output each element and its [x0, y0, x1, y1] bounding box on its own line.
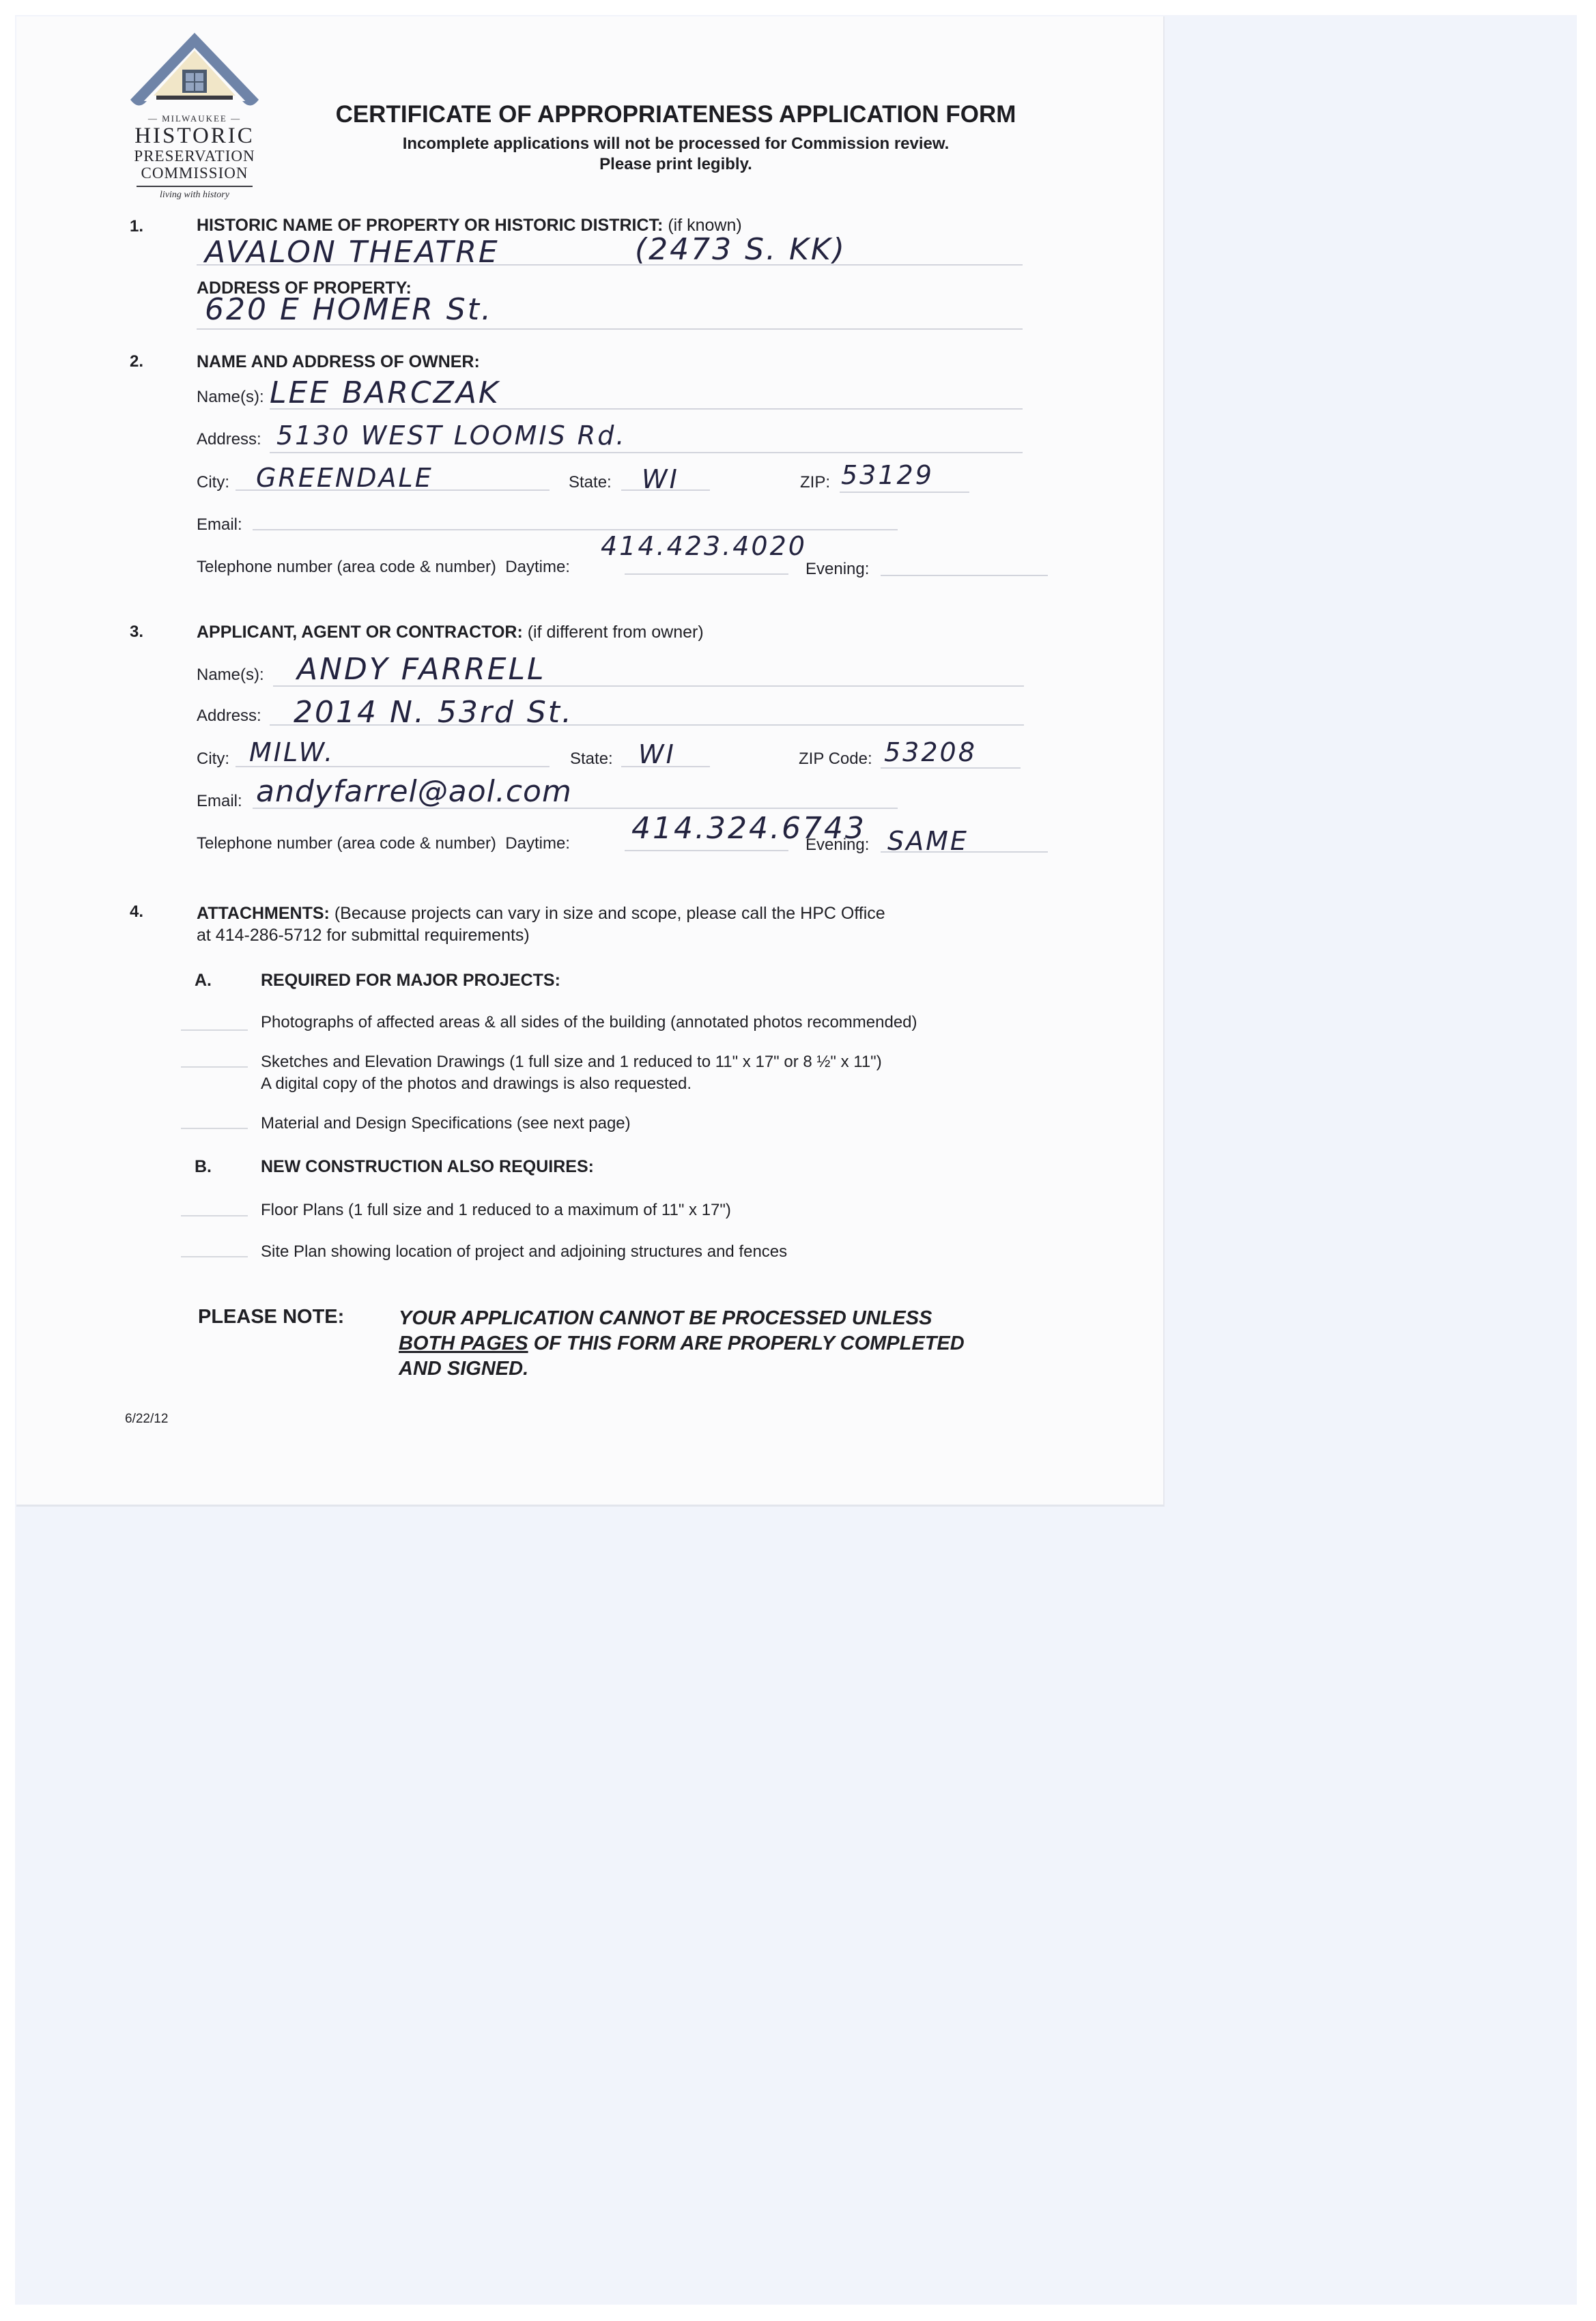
- section4-heading: ATTACHMENTS: (Because projects can vary …: [197, 902, 885, 946]
- owner-email-label: Email:: [197, 515, 242, 535]
- logo-tagline: living with history: [123, 190, 266, 201]
- applicant-city-label: City:: [197, 750, 229, 769]
- owner-zip-value[interactable]: 53129: [841, 460, 934, 490]
- section4-number: 4.: [130, 902, 143, 922]
- owner-state-line: [621, 489, 710, 491]
- owner-evening-label: Evening:: [806, 560, 869, 579]
- owner-city-line: [236, 489, 550, 491]
- owner-address-label: Address:: [197, 430, 261, 449]
- owner-daytime-line: [625, 573, 788, 575]
- applicant-address-label: Address:: [197, 707, 261, 726]
- section3-number: 3.: [130, 623, 143, 642]
- owner-zip-line: [840, 492, 969, 493]
- applicant-email-line: [253, 808, 898, 809]
- owner-address-value[interactable]: 5130 WEST LOOMIS Rd.: [276, 421, 626, 451]
- owner-phone-label: Telephone number (area code & number) Da…: [197, 558, 570, 577]
- applicant-state-value[interactable]: WI: [638, 739, 676, 769]
- attachment-sketches: Sketches and Elevation Drawings (1 full …: [261, 1051, 882, 1095]
- owner-name-line: [270, 408, 1023, 410]
- applicant-city-value[interactable]: MILW.: [249, 737, 334, 767]
- revision-date: 6/22/12: [125, 1412, 168, 1427]
- checkbox-line-materials[interactable]: [181, 1128, 248, 1129]
- logo-line3: COMMISSION: [123, 165, 266, 182]
- applicant-evening-label: Evening:: [806, 836, 869, 855]
- please-note-label: PLEASE NOTE:: [198, 1306, 344, 1328]
- group-b-letter: B.: [195, 1157, 212, 1177]
- logo-city: — MILWAUKEE —: [123, 113, 266, 124]
- property-address-line: [197, 328, 1023, 330]
- group-b-title: NEW CONSTRUCTION ALSO REQUIRES:: [261, 1157, 594, 1177]
- owner-name-label: Name(s):: [197, 388, 264, 407]
- owner-name-value[interactable]: LEE BARCZAK: [270, 375, 500, 410]
- logo-divider: [137, 186, 253, 187]
- section1-number: 1.: [130, 217, 143, 236]
- owner-daytime-value[interactable]: 414.423.4020: [601, 531, 807, 561]
- owner-city-label: City:: [197, 473, 229, 492]
- applicant-name-label: Name(s):: [197, 666, 264, 685]
- group-a-letter: A.: [195, 971, 212, 991]
- applicant-zip-line: [881, 767, 1021, 769]
- section2-heading: NAME AND ADDRESS OF OWNER:: [197, 352, 480, 372]
- house-gable-icon: [126, 30, 263, 112]
- form-title: CERTIFICATE OF APPROPRIATENESS APPLICATI…: [294, 101, 1058, 128]
- applicant-zip-label: ZIP Code:: [799, 750, 872, 769]
- checkbox-line-sketches[interactable]: [181, 1066, 248, 1068]
- subtitle-line1: Incomplete applications will not be proc…: [294, 134, 1058, 154]
- logo-line2: PRESERVATION: [123, 147, 266, 165]
- applicant-daytime-line: [625, 850, 788, 851]
- owner-evening-line[interactable]: [881, 575, 1048, 576]
- applicant-name-line: [273, 685, 1024, 687]
- owner-address-line: [270, 452, 1023, 453]
- applicant-email-label: Email:: [197, 792, 242, 811]
- owner-state-label: State:: [569, 473, 612, 492]
- checkbox-line-floor-plans[interactable]: [181, 1215, 248, 1216]
- checkbox-line-site-plan[interactable]: [181, 1256, 248, 1257]
- section2-number: 2.: [130, 352, 143, 371]
- group-a-title: REQUIRED FOR MAJOR PROJECTS:: [261, 971, 560, 991]
- historic-name-extra[interactable]: (2473 S. KK): [635, 232, 846, 267]
- owner-city-value[interactable]: GREENDALE: [256, 463, 433, 493]
- attachment-materials: Material and Design Specifications (see …: [261, 1113, 631, 1135]
- applicant-address-line: [270, 724, 1024, 726]
- attachment-photographs: Photographs of affected areas & all side…: [261, 1012, 917, 1034]
- checkbox-line-photographs[interactable]: [181, 1029, 248, 1031]
- hpc-logo: — MILWAUKEE — HISTORIC PRESERVATION COMM…: [123, 30, 266, 201]
- applicant-name-value[interactable]: ANDY FARRELL: [297, 652, 546, 687]
- attachment-site-plan: Site Plan showing location of project an…: [261, 1241, 787, 1263]
- owner-zip-label: ZIP:: [800, 473, 830, 492]
- applicant-evening-line: [881, 851, 1048, 853]
- form-subtitle: Incomplete applications will not be proc…: [294, 134, 1058, 175]
- applicant-email-value[interactable]: andyfarrel@aol.com: [256, 774, 572, 809]
- logo-line1: HISTORIC: [123, 124, 266, 147]
- attachment-floor-plans: Floor Plans (1 full size and 1 reduced t…: [261, 1199, 731, 1221]
- please-note-text: YOUR APPLICATION CANNOT BE PROCESSED UNL…: [399, 1306, 1081, 1382]
- applicant-zip-value[interactable]: 53208: [884, 737, 977, 767]
- owner-email-line[interactable]: [253, 529, 898, 530]
- applicant-state-label: State:: [570, 750, 613, 769]
- applicant-phone-label: Telephone number (area code & number) Da…: [197, 834, 570, 853]
- applicant-city-line: [236, 766, 550, 767]
- section3-heading: APPLICANT, AGENT OR CONTRACTOR: (if diff…: [197, 623, 704, 642]
- applicant-state-line: [621, 766, 710, 767]
- property-address-value[interactable]: 620 E HOMER St.: [205, 292, 493, 327]
- subtitle-line2: Please print legibly.: [294, 154, 1058, 175]
- historic-name-line: [197, 264, 1023, 266]
